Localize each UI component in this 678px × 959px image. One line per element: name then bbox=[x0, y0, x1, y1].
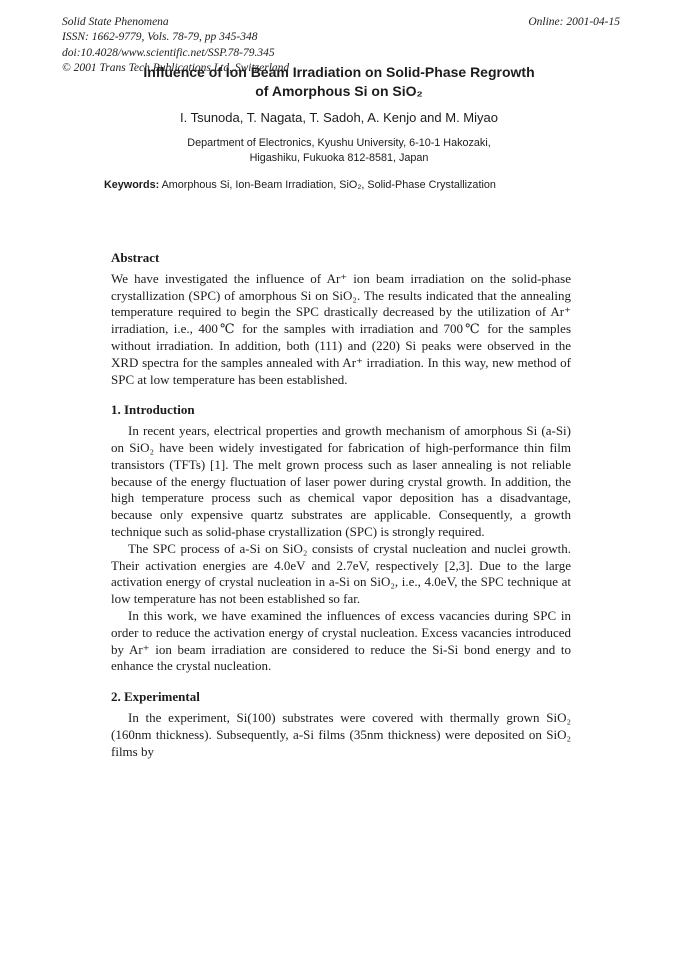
introduction-section: 1. Introduction In recent years, electri… bbox=[111, 402, 571, 675]
abstract-heading: Abstract bbox=[111, 250, 571, 267]
paper-page: Solid State Phenomena ISSN: 1662-9779, V… bbox=[0, 0, 678, 959]
affiliation-line-2: Higashiku, Fukuoka 812-8581, Japan bbox=[0, 151, 678, 166]
keywords-label: Keywords: bbox=[104, 179, 159, 191]
experimental-heading: 2. Experimental bbox=[111, 689, 571, 706]
online-date: Online: 2001-04-15 bbox=[528, 15, 620, 30]
keywords-row: Keywords: Amorphous Si, Ion-Beam Irradia… bbox=[104, 179, 618, 191]
abstract-section: Abstract We have investigated the influe… bbox=[111, 250, 571, 388]
introduction-paragraph-2: The SPC process of a-Si on SiO₂ consists… bbox=[111, 541, 571, 608]
introduction-heading: 1. Introduction bbox=[111, 402, 571, 419]
author-list: I. Tsunoda, T. Nagata, T. Sadoh, A. Kenj… bbox=[0, 110, 678, 125]
paper-title-line-1: Influence of Ion Beam Irradiation on Sol… bbox=[0, 63, 678, 82]
issn-line: ISSN: 1662-9779, Vols. 78-79, pp 345-348 bbox=[62, 30, 289, 45]
paper-title: Influence of Ion Beam Irradiation on Sol… bbox=[0, 63, 678, 101]
introduction-paragraph-3: In this work, we have examined the influ… bbox=[111, 608, 571, 675]
paper-body: Abstract We have investigated the influe… bbox=[111, 250, 571, 760]
affiliation: Department of Electronics, Kyushu Univer… bbox=[0, 136, 678, 166]
introduction-paragraph-1: In recent years, electrical properties a… bbox=[111, 423, 571, 541]
paper-title-line-2: of Amorphous Si on SiO₂ bbox=[0, 82, 678, 101]
keywords-text: Amorphous Si, Ion-Beam Irradiation, SiO₂… bbox=[159, 179, 496, 191]
experimental-paragraph-1: In the experiment, Si(100) substrates we… bbox=[111, 710, 571, 760]
affiliation-line-1: Department of Electronics, Kyushu Univer… bbox=[0, 136, 678, 151]
doi-line: doi:10.4028/www.scientific.net/SSP.78-79… bbox=[62, 46, 289, 61]
journal-name: Solid State Phenomena bbox=[62, 15, 289, 30]
experimental-section: 2. Experimental In the experiment, Si(10… bbox=[111, 689, 571, 760]
abstract-paragraph: We have investigated the influence of Ar… bbox=[111, 271, 571, 389]
